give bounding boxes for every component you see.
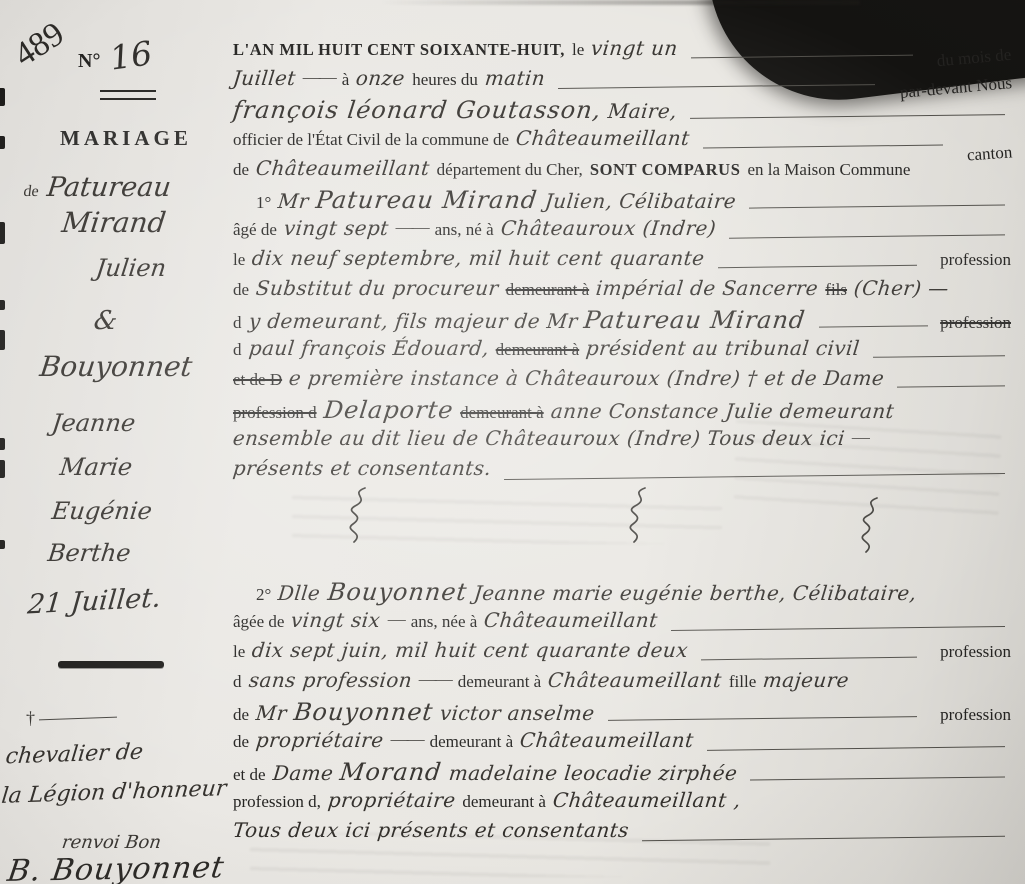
printed-form-text-struck: demeurant à — [496, 340, 580, 360]
printed-form-text: de — [22, 183, 39, 200]
handwritten-entry: vingt sept — [283, 216, 390, 240]
printed-form-text: âgée de — [233, 612, 284, 632]
handwritten-entry: Châteaumeillant — [515, 126, 691, 150]
handwritten-entry: y demeurant, fils majeur de Mr — [247, 309, 578, 333]
printed-form-text-struck: demeurant à — [506, 280, 590, 300]
margin-party-name: Eugénie — [50, 497, 153, 525]
ink-fill-line — [701, 656, 917, 661]
handwritten-name: françois léonard Goutasson, — [231, 96, 603, 124]
printed-form-text: demeurant à — [462, 792, 546, 812]
form-line: âgé devingt sept——ans, né àChâteauroux (… — [233, 216, 1011, 246]
margin-party-name: dePatureau — [22, 172, 173, 203]
form-line: âgée devingt six—ans, née àChâteaumeilla… — [233, 608, 1011, 638]
form-line: ensemble au dit lieu de Châteauroux (Ind… — [233, 426, 1011, 456]
scan-edge-artifact — [0, 88, 5, 106]
record-number: N°16 — [78, 36, 152, 75]
ink-fill-line — [703, 144, 943, 149]
scan-edge-artifact — [0, 300, 5, 310]
printed-form-caps: L'AN MIL HUIT CENT SOIXANTE-HUIT, — [233, 40, 565, 60]
ink-fill-line — [504, 472, 1005, 480]
printed-form-text: ans, née à — [411, 612, 478, 632]
zigzag-flourish-icon — [621, 486, 655, 550]
form-line: L'AN MIL HUIT CENT SOIXANTE-HUIT,levingt… — [233, 36, 1011, 66]
printed-margin-label: profession — [940, 642, 1011, 662]
handwritten-entry: Maire, — [607, 99, 678, 123]
margin-note-line: chevalier de — [4, 740, 144, 770]
margin-note-line: renvoi Bon — [61, 832, 163, 853]
handwritten-name: Bouyonnet — [326, 578, 469, 606]
handwritten-entry: dix sept juin, mil huit cent quarante de… — [251, 638, 690, 662]
handwritten-entry: Mr — [277, 189, 310, 213]
printed-form-text: fille — [729, 672, 756, 692]
form-line: présents et consentants. — [233, 456, 1011, 486]
margin-party-name: Julien — [94, 254, 168, 282]
handwritten-entry: Châteaumeillant — [547, 668, 723, 692]
printed-form-text-struck: et de D — [233, 370, 282, 390]
handwritten-entry: anne Constance Julie demeurant — [549, 399, 895, 423]
printed-form-text-struck: demeurant à — [460, 403, 544, 423]
handwritten-entry: , — [732, 788, 741, 812]
ink-fill-line — [750, 775, 1005, 780]
form-line: ledix sept juin, mil huit cent quarante … — [233, 638, 1011, 668]
handwritten-entry: Jeanne marie eugénie berthe, Célibataire… — [473, 581, 918, 605]
form-line: Juillet——àonzeheures dumatinpar-devant N… — [233, 66, 1011, 96]
ink-fill-line — [897, 384, 1005, 387]
ink-fill-line — [558, 83, 875, 89]
handwritten-name: Delaporte — [322, 396, 455, 424]
form-line: profession d,propriétairedemeurant àChât… — [233, 788, 1011, 818]
zigzag-flourish-icon — [853, 496, 887, 560]
printed-form-text: demeurant à — [458, 672, 542, 692]
ink-fill-line — [873, 354, 1005, 358]
handwritten-name: Patureau Mirand — [582, 306, 807, 334]
margin-party-name: & — [92, 306, 119, 336]
ink-fill-line — [671, 625, 1005, 631]
handwritten-entry: sans profession — [247, 668, 413, 692]
form-line: 1°MrPatureau MirandJulien, Célibataire — [233, 186, 1011, 216]
ink-fill-line — [690, 113, 1005, 119]
scan-edge-shadow — [380, 0, 860, 5]
form-line: dpaul françois Édouard,demeurant àprésid… — [233, 336, 1011, 366]
handwritten-entry: vingt un — [590, 36, 679, 60]
double-rule — [100, 90, 156, 100]
ink-flourish-row — [233, 486, 1011, 578]
handwritten-entry: matin — [484, 66, 547, 90]
printed-margin-label: profession — [940, 705, 1011, 725]
form-line: et de De première instance à Châteauroux… — [233, 366, 1011, 396]
handwritten-name: Bouyonnet — [292, 698, 435, 726]
form-line: deChâteaumeillantdépartement du Cher,SON… — [233, 156, 1011, 186]
printed-form-text-struck: fils — [825, 280, 847, 300]
form-line: deSubstitut du procureurdemeurant àimpér… — [233, 276, 1011, 306]
margin-party-name: Marie — [58, 453, 134, 481]
handwritten-entry: Châteaumeillant — [483, 608, 659, 632]
cross-rule — [39, 717, 117, 721]
printed-form-text: à — [342, 70, 350, 90]
margin-thick-bar — [58, 661, 164, 668]
margin-party-name: Bouyonnet — [38, 350, 194, 383]
margin-date: 21 Juillet. — [26, 583, 162, 621]
scan-edge-artifact — [0, 222, 5, 244]
handwritten-entry: victor anselme — [439, 701, 596, 725]
handwritten-entry: propriétaire — [255, 728, 385, 752]
handwritten-entry: Juillet — [232, 66, 297, 90]
marriage-record-scan: 489 N°16 MARIAGE dePatureauMirandJulien&… — [0, 0, 1025, 884]
handwritten-entry: propriétaire — [327, 788, 457, 812]
handwritten-entry: Dame — [271, 761, 334, 785]
form-line: profession dDelaportedemeurant àanne Con… — [233, 396, 1011, 426]
act-body-text: L'AN MIL HUIT CENT SOIXANTE-HUIT,levingt… — [233, 36, 1011, 848]
handwritten-entry: paul françois Édouard, — [247, 336, 490, 360]
handwritten-entry: majeure — [762, 668, 851, 692]
handwritten-entry: madelaine leocadie zirphée — [447, 761, 738, 785]
printed-form-text: ans, né à — [435, 220, 494, 240]
record-number-label: N° — [78, 50, 100, 72]
ink-fill-dashes: — — [852, 427, 868, 448]
handwritten-name: Morand — [338, 758, 443, 786]
archive-page-number: 489 — [8, 15, 71, 75]
ink-fill-line — [819, 324, 928, 327]
form-line: dy demeurant, fils majeur de MrPatureau … — [233, 306, 1011, 336]
printed-form-text: heures du — [412, 70, 478, 90]
ink-fill-line — [608, 715, 917, 721]
printed-form-text-struck: profession — [940, 313, 1011, 333]
printed-margin-label: canton — [966, 142, 1013, 165]
zigzag-flourish-icon — [341, 486, 375, 550]
margin-party-name: Jeanne — [50, 409, 137, 437]
printed-form-text: d — [233, 313, 242, 333]
scan-edge-artifact — [0, 136, 5, 149]
ink-fill-line — [749, 203, 1005, 208]
record-number-value: 16 — [108, 33, 155, 77]
form-line: deMrBouyonnetvictor anselmeprofession — [233, 698, 1011, 728]
margin-party-name: Mirand — [60, 206, 168, 239]
scan-edge-artifact — [0, 330, 5, 350]
handwritten-entry: Dlle — [277, 581, 322, 605]
handwritten-entry: Châteaumeillant — [519, 728, 695, 752]
ink-fill-dashes: —— — [396, 217, 428, 238]
ink-fill-line — [729, 233, 1005, 238]
handwritten-entry: Châteaumeillant — [255, 156, 431, 180]
ink-fill-dashes: —— — [303, 67, 335, 88]
handwritten-entry: ensemble au dit lieu de Châteauroux (Ind… — [232, 426, 846, 450]
printed-form-text-struck: profession d — [233, 403, 317, 423]
handwritten-entry: Tous deux ici présents et consentants — [232, 818, 630, 842]
ink-fill-line — [691, 54, 913, 59]
handwritten-entry: président au tribunal civil — [585, 336, 861, 360]
ink-fill-line — [707, 745, 1005, 751]
printed-form-text: d — [233, 672, 242, 692]
ink-fill-line — [642, 835, 1005, 841]
printed-form-text: en la Maison Commune — [747, 160, 910, 180]
handwritten-entry: vingt six — [290, 608, 382, 632]
ink-fill-line — [718, 264, 917, 268]
printed-form-text: d — [233, 340, 242, 360]
handwritten-entry: impérial de Sancerre — [595, 276, 820, 300]
margin-signature: B. Bouyonnet — [5, 850, 227, 884]
handwritten-entry: Mr — [255, 701, 288, 725]
handwritten-entry: Julien, Célibataire — [543, 189, 737, 213]
cross-icon: † — [26, 708, 35, 729]
handwritten-entry: présents et consentants. — [232, 456, 493, 480]
printed-form-text: et de — [233, 765, 266, 785]
handwritten-entry: Châteaumeillant — [552, 788, 728, 812]
form-line: dsans profession——demeurant àChâteaumeil… — [233, 668, 1011, 698]
form-line: Tous deux ici présents et consentants — [233, 818, 1011, 848]
form-line: depropriétaire——demeurant àChâteaumeilla… — [233, 728, 1011, 758]
scan-edge-artifact — [0, 460, 5, 478]
handwritten-entry: e première instance à Châteauroux (Indre… — [288, 366, 886, 390]
printed-form-text: 2° — [256, 585, 271, 605]
form-line: ledix neuf septembre, mil huit cent quar… — [233, 246, 1011, 276]
printed-form-text: 1° — [256, 193, 271, 213]
handwritten-name: Patureau Mirand — [314, 186, 539, 214]
margin-note-line: la Légion d'honneur — [0, 776, 227, 809]
form-line: et deDameMorandmadelaine leocadie zirphé… — [233, 758, 1011, 788]
scan-edge-artifact — [0, 540, 5, 549]
printed-form-text: profession d, — [233, 792, 321, 812]
handwritten-entry: dix neuf septembre, mil huit cent quaran… — [251, 246, 706, 270]
printed-form-text: département du Cher, — [437, 160, 583, 180]
printed-form-text: de — [233, 160, 249, 180]
ink-fill-dashes: —— — [391, 729, 423, 750]
printed-form-text: le — [233, 250, 245, 270]
margin-party-name: Berthe — [46, 539, 132, 567]
printed-form-text: âgé de — [233, 220, 277, 240]
form-line: 2°DlleBouyonnetJeanne marie eugénie bert… — [233, 578, 1011, 608]
handwritten-entry: onze — [355, 66, 406, 90]
printed-form-text: de — [233, 732, 249, 752]
form-line: françois léonard Goutasson,Maire, — [233, 96, 1011, 126]
printed-form-text: de — [233, 705, 249, 725]
printed-margin-label: profession — [940, 250, 1011, 270]
ink-fill-dashes: — — [388, 609, 404, 630]
printed-form-text: officier de l'État Civil de la commune d… — [233, 130, 509, 150]
ink-fill-dashes: —— — [419, 669, 451, 690]
printed-form-text: demeurant à — [430, 732, 514, 752]
handwritten-entry: (Cher) — — [853, 276, 950, 300]
scan-edge-artifact — [0, 438, 5, 450]
handwritten-entry: Substitut du procureur — [255, 276, 500, 300]
margin-cross-mark: † — [26, 708, 117, 729]
printed-form-text: le — [233, 642, 245, 662]
printed-form-caps: SONT COMPARUS — [590, 160, 741, 180]
handwritten-entry: Châteauroux (Indre) — [499, 216, 717, 240]
printed-form-text: de — [233, 280, 249, 300]
form-line: officier de l'État Civil de la commune d… — [233, 126, 1011, 156]
margin-title: MARIAGE — [60, 126, 192, 151]
printed-form-text: le — [572, 40, 584, 60]
